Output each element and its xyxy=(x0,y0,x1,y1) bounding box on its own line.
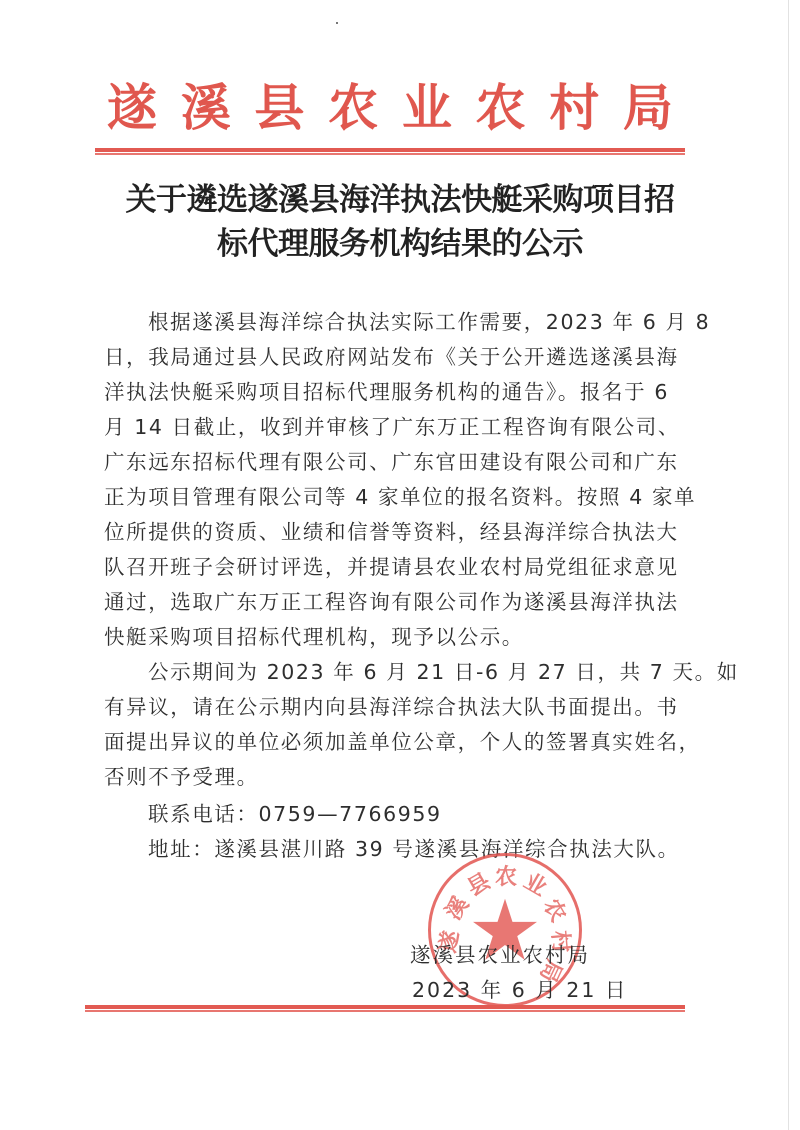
body-line: 月 14 日截止，收到并审核了广东万正工程咨询有限公司、 xyxy=(104,410,684,445)
body-line: 面提出异议的单位必须加盖单位公章，个人的签署真实姓名， xyxy=(104,725,684,760)
letterhead-char: 县 xyxy=(254,78,304,138)
body-line: 通过，选取广东万正工程咨询有限公司作为遂溪县海洋执法 xyxy=(104,585,684,620)
title-line-1: 关于遴选遂溪县海洋执法快艇采购项目招 xyxy=(100,178,700,222)
seal-char: 溪 xyxy=(437,890,475,926)
signature-date: 2023 年 6 月 21 日 xyxy=(412,973,612,1008)
seal-char: 农 xyxy=(495,860,517,891)
letterhead-char: 局 xyxy=(623,78,673,138)
paragraph-1: 根据遂溪县海洋综合执法实际工作需要，2023 年 6 月 8 日，我局通过县人民… xyxy=(104,305,684,655)
letterhead-char: 业 xyxy=(402,78,452,138)
document-body: 根据遂溪县海洋综合执法实际工作需要，2023 年 6 月 8 日，我局通过县人民… xyxy=(104,305,684,795)
body-line: 公示期间为 2023 年 6 月 21 日-6 月 27 日，共 7 天。如 xyxy=(104,655,684,690)
body-line: 有异议，请在公示期内向县海洋综合执法大队书面提出。书 xyxy=(104,690,684,725)
address-label: 地址： xyxy=(148,837,214,861)
letterhead-divider xyxy=(95,148,685,155)
letterhead-char: 村 xyxy=(549,78,599,138)
footer-divider xyxy=(85,1005,685,1012)
body-line: 队召开班子会研讨评选，并提请县农业农村局党组征求意见 xyxy=(104,550,684,585)
body-line: 日，我局通过县人民政府网站发布《关于公开遴选遂溪县海 xyxy=(104,340,684,375)
address-value: 遂溪县湛川路 39 号遂溪县海洋综合执法大队。 xyxy=(214,837,679,861)
letterhead-char: 农 xyxy=(328,78,378,138)
contact-phone: 联系电话：0759—7766959 xyxy=(148,797,708,832)
phone-number: 0759—7766959 xyxy=(259,802,442,826)
body-line: 位所提供的资质、业绩和信誉等资料，经县海洋综合执法大 xyxy=(104,515,684,550)
body-line: 广东远东招标代理有限公司、广东官田建设有限公司和广东 xyxy=(104,445,684,480)
letterhead-char: 农 xyxy=(476,78,526,138)
body-line: 快艇采购项目招标代理机构，现予以公示。 xyxy=(104,620,684,655)
letterhead-organization: 遂 溪 县 农 业 农 村 局 xyxy=(95,78,685,138)
body-line: 根据遂溪县海洋综合执法实际工作需要，2023 年 6 月 8 xyxy=(104,305,684,340)
letterhead-char: 溪 xyxy=(181,78,231,138)
phone-label: 联系电话： xyxy=(148,802,259,826)
paragraph-2: 公示期间为 2023 年 6 月 21 日-6 月 27 日，共 7 天。如 有… xyxy=(104,655,684,795)
body-line: 洋执法快艇采购项目招标代理服务机构的通告》。报名于 6 xyxy=(104,375,684,410)
body-line: 否则不予受理。 xyxy=(104,760,684,795)
contact-address: 地址：遂溪县湛川路 39 号遂溪县海洋综合执法大队。 xyxy=(148,832,708,867)
signature-organization: 遂溪县农业农村局 xyxy=(410,938,610,973)
body-line: 正为项目管理有限公司等 4 家单位的报名资料。按照 4 家单 xyxy=(104,480,684,515)
scan-speck xyxy=(336,22,338,24)
letterhead-char: 遂 xyxy=(107,78,157,138)
document-title: 关于遴选遂溪县海洋执法快艇采购项目招 标代理服务机构结果的公示 xyxy=(100,178,700,266)
title-line-2: 标代理服务机构结果的公示 xyxy=(100,222,700,266)
page-edge-line xyxy=(788,0,789,1130)
seal-char: 农 xyxy=(537,892,575,927)
